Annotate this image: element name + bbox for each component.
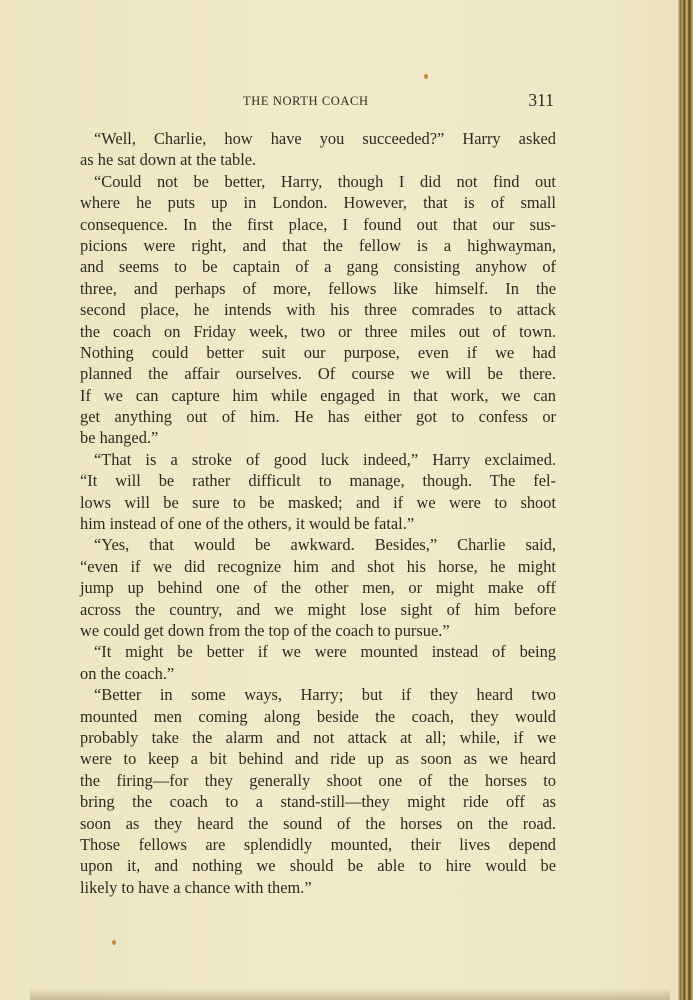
page-header: THE NORTH COACH 311	[80, 91, 554, 113]
text-line: the coach on Friday week, two or three m…	[80, 321, 556, 342]
text-line: likely to have a chance with them.”	[80, 877, 556, 898]
text-line: “That is a stroke of good luck indeed,” …	[80, 449, 556, 470]
text-line: we could get down from the top of the co…	[80, 620, 556, 641]
ink-speck-top	[424, 74, 428, 79]
ink-speck-bottom	[112, 940, 116, 945]
text-line: where he puts up in London. However, tha…	[80, 192, 556, 213]
text-line: and seems to be captain of a gang consis…	[80, 256, 556, 277]
page-edge	[678, 0, 693, 1000]
text-line: the firing—for they generally shoot one …	[80, 770, 556, 791]
text-line: “It might be better if we were mounted i…	[80, 641, 556, 662]
text-line: “Yes, that would be awkward. Besides,” C…	[80, 534, 556, 555]
text-line: “Better in some ways, Harry; but if they…	[80, 684, 556, 705]
text-line: lows will be sure to be masked; and if w…	[80, 492, 556, 513]
text-line: three, and perhaps of more, fellows like…	[80, 278, 556, 299]
text-line: on the coach.”	[80, 663, 556, 684]
text-line: be hanged.”	[80, 427, 556, 448]
text-line: as he sat down at the table.	[80, 149, 556, 170]
text-line: “It will be rather difficult to manage, …	[80, 470, 556, 491]
page-bottom-shadow	[30, 988, 670, 1000]
text-line: were to keep a bit behind and ride up as…	[80, 748, 556, 769]
page-number: 311	[528, 90, 554, 111]
text-line: mounted men coming along beside the coac…	[80, 706, 556, 727]
text-line: probably take the alarm and not attack a…	[80, 727, 556, 748]
text-line: him instead of one of the others, it wou…	[80, 513, 556, 534]
text-line: bring the coach to a stand-still—they mi…	[80, 791, 556, 812]
text-line: If we can capture him while engaged in t…	[80, 385, 556, 406]
text-line: “even if we did recognize him and shot h…	[80, 556, 556, 577]
text-line: planned the affair ourselves. Of course …	[80, 363, 556, 384]
text-line: consequence. In the first place, I found…	[80, 214, 556, 235]
text-line: “Could not be better, Harry, though I di…	[80, 171, 556, 192]
text-line: soon as they heard the sound of the hors…	[80, 813, 556, 834]
text-line: Nothing could better suit our purpose, e…	[80, 342, 556, 363]
body-text: “Well, Charlie, how have you succeeded?”…	[80, 128, 556, 898]
text-line: across the country, and we might lose si…	[80, 599, 556, 620]
text-line: Those fellows are splendidly mounted, th…	[80, 834, 556, 855]
book-page: THE NORTH COACH 311 “Well, Charlie, how …	[0, 0, 693, 1000]
text-line: second place, he intends with his three …	[80, 299, 556, 320]
text-line: get anything out of him. He has either g…	[80, 406, 556, 427]
text-line: picions were right, and that the fellow …	[80, 235, 556, 256]
text-line: jump up behind one of the other men, or …	[80, 577, 556, 598]
text-line: upon it, and nothing we should be able t…	[80, 855, 556, 876]
text-line: “Well, Charlie, how have you succeeded?”…	[80, 128, 556, 149]
running-title: THE NORTH COACH	[243, 94, 369, 109]
